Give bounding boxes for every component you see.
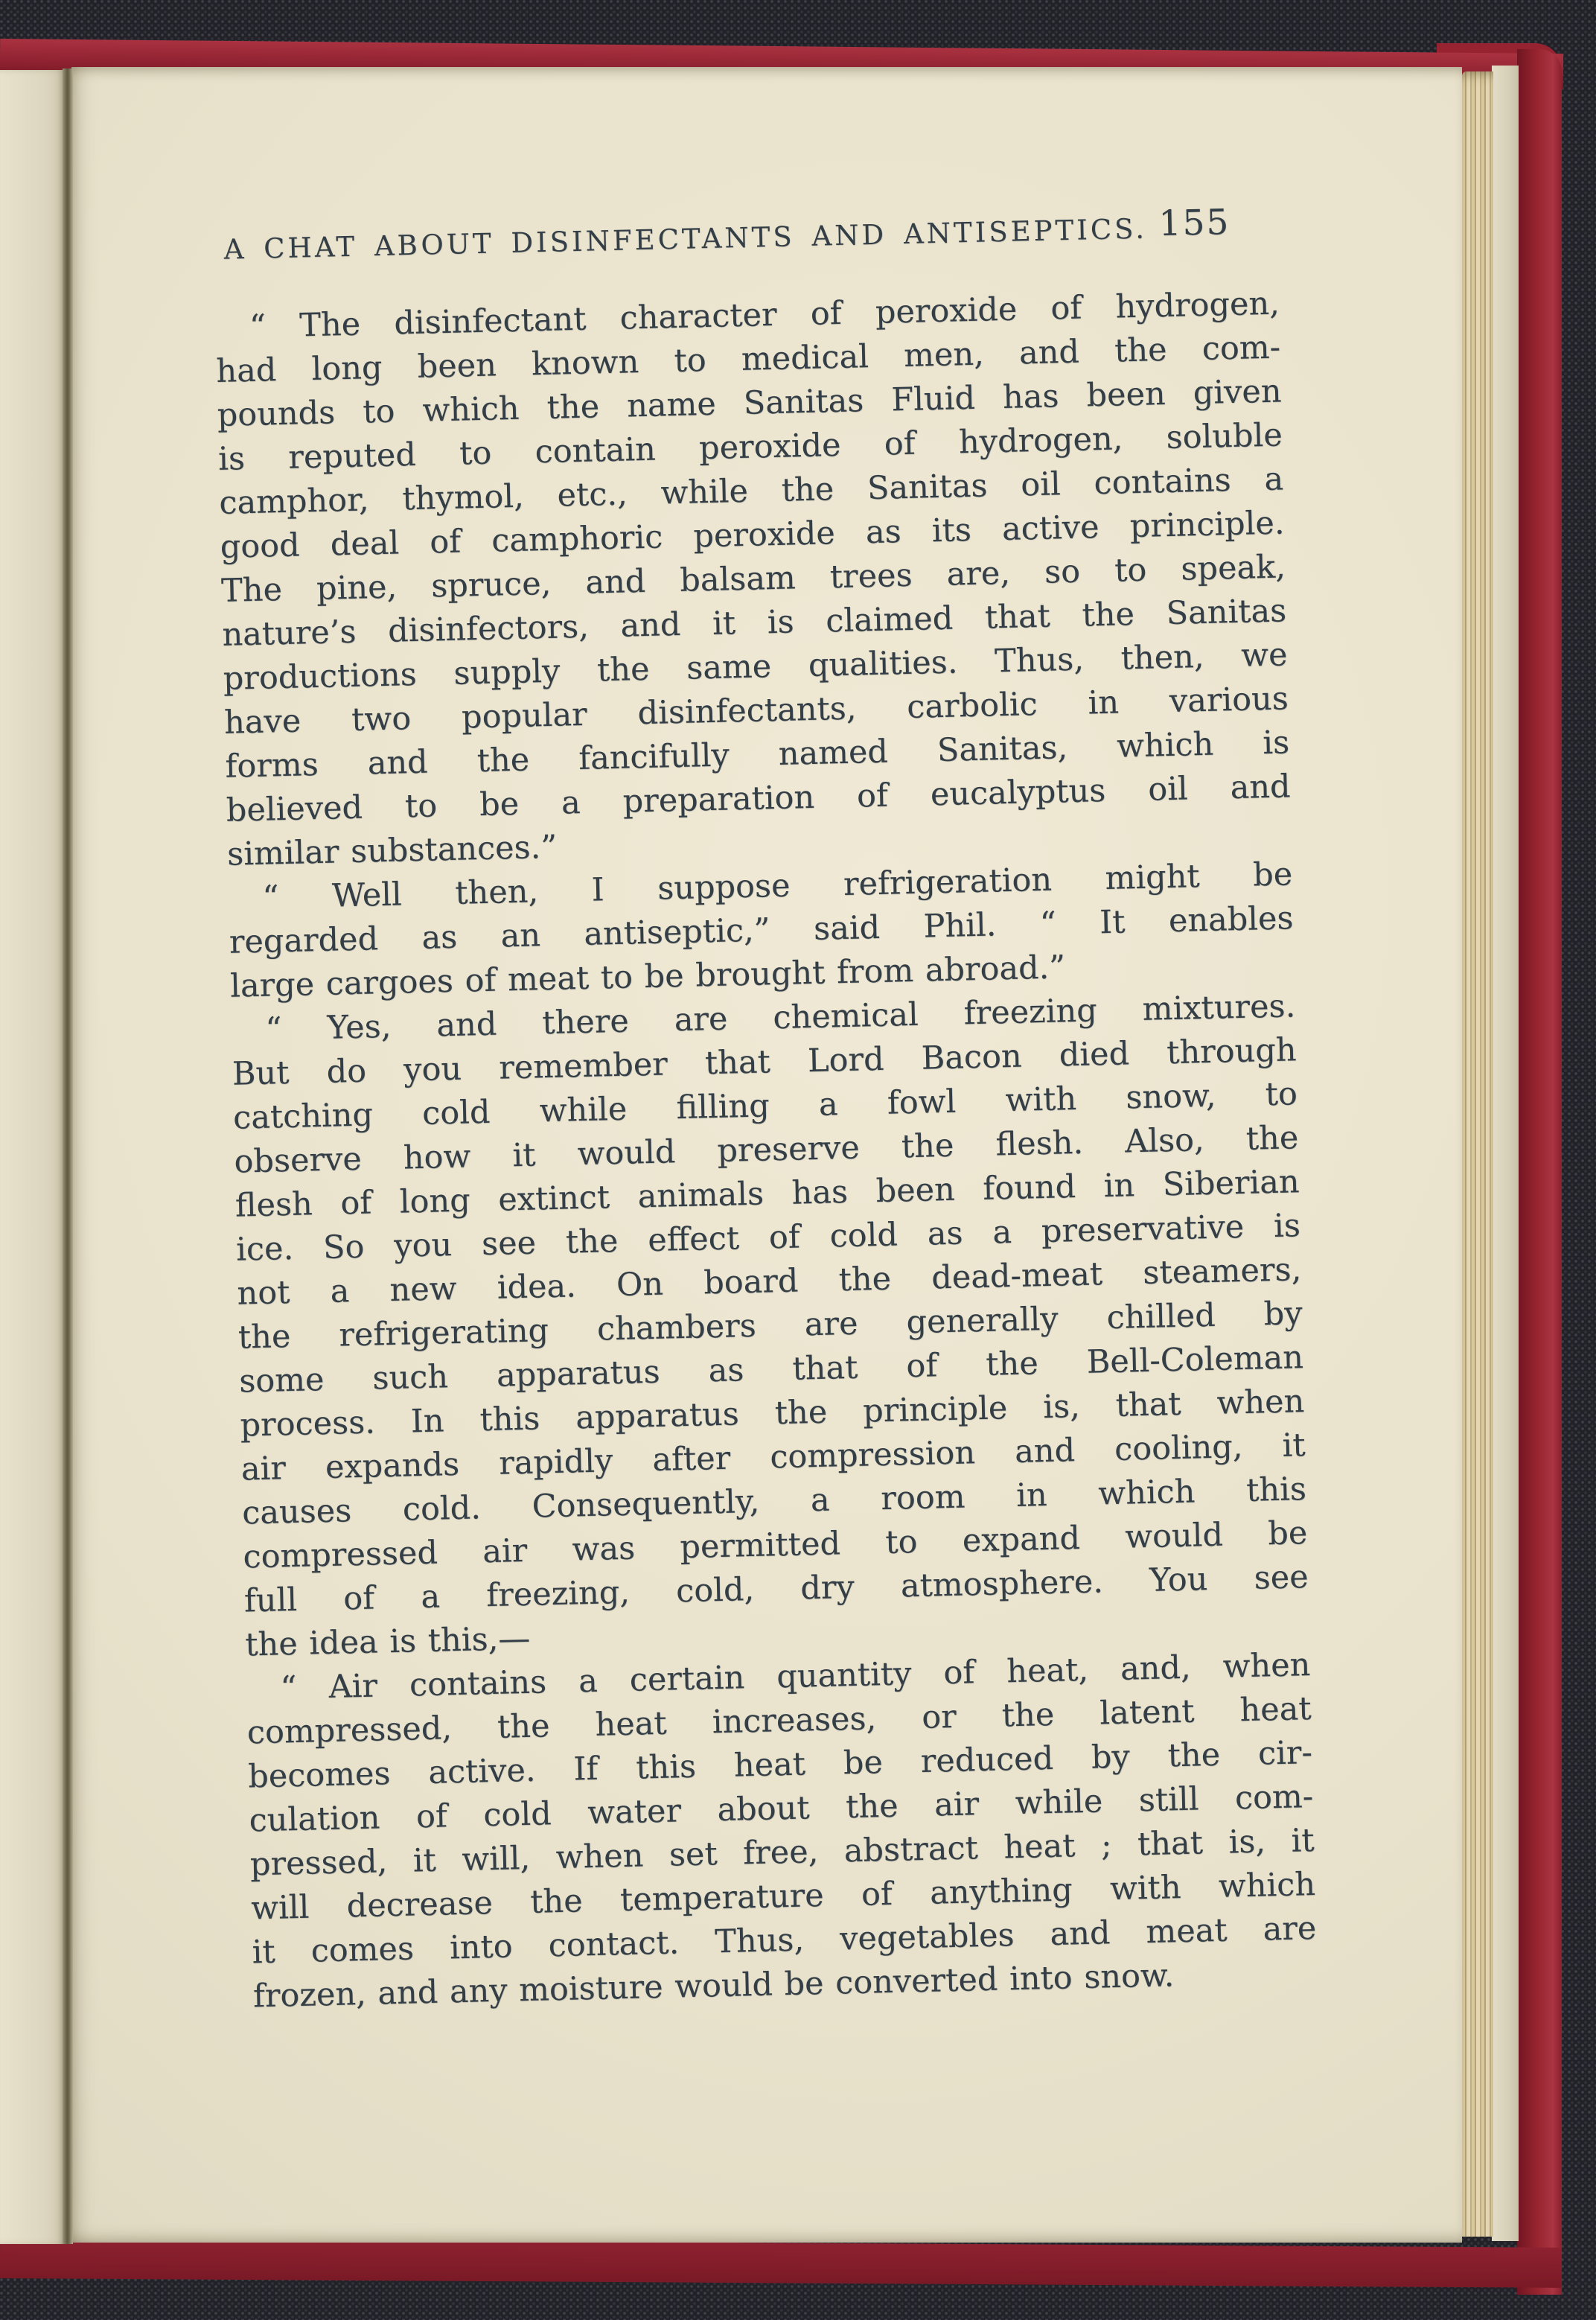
- cover-leather-right-edge: [1517, 49, 1562, 2295]
- scanned-book-page: A CHAT ABOUT DISINFECTANTS AND ANTISEPTI…: [0, 0, 1596, 2320]
- left-page-edge: [0, 70, 64, 2244]
- page-header: A CHAT ABOUT DISINFECTANTS AND ANTISEPTI…: [213, 201, 1278, 266]
- running-title: A CHAT ABOUT DISINFECTANTS AND ANTISEPTI…: [223, 213, 1147, 266]
- underlying-page-edge: [1492, 66, 1519, 2241]
- paragraphs: “ The disinfectant character of peroxide…: [214, 282, 1318, 2019]
- text-block: A CHAT ABOUT DISINFECTANTS AND ANTISEPTI…: [213, 201, 1318, 2019]
- paragraph: “ Air contains a certain quantity of hea…: [246, 1643, 1318, 2018]
- gutter-shadow: [63, 68, 73, 2244]
- book-page: A CHAT ABOUT DISINFECTANTS AND ANTISEPTI…: [71, 67, 1462, 2243]
- page-fore-edge-stack: [1462, 71, 1493, 2237]
- paragraph: “ The disinfectant character of peroxide…: [214, 282, 1292, 877]
- paragraph: “ Well then, I suppose refrigeration mig…: [228, 853, 1295, 1008]
- paragraph: “ Yes, and there are chemical freezing m…: [231, 984, 1310, 1667]
- page-number: 155: [1158, 202, 1230, 244]
